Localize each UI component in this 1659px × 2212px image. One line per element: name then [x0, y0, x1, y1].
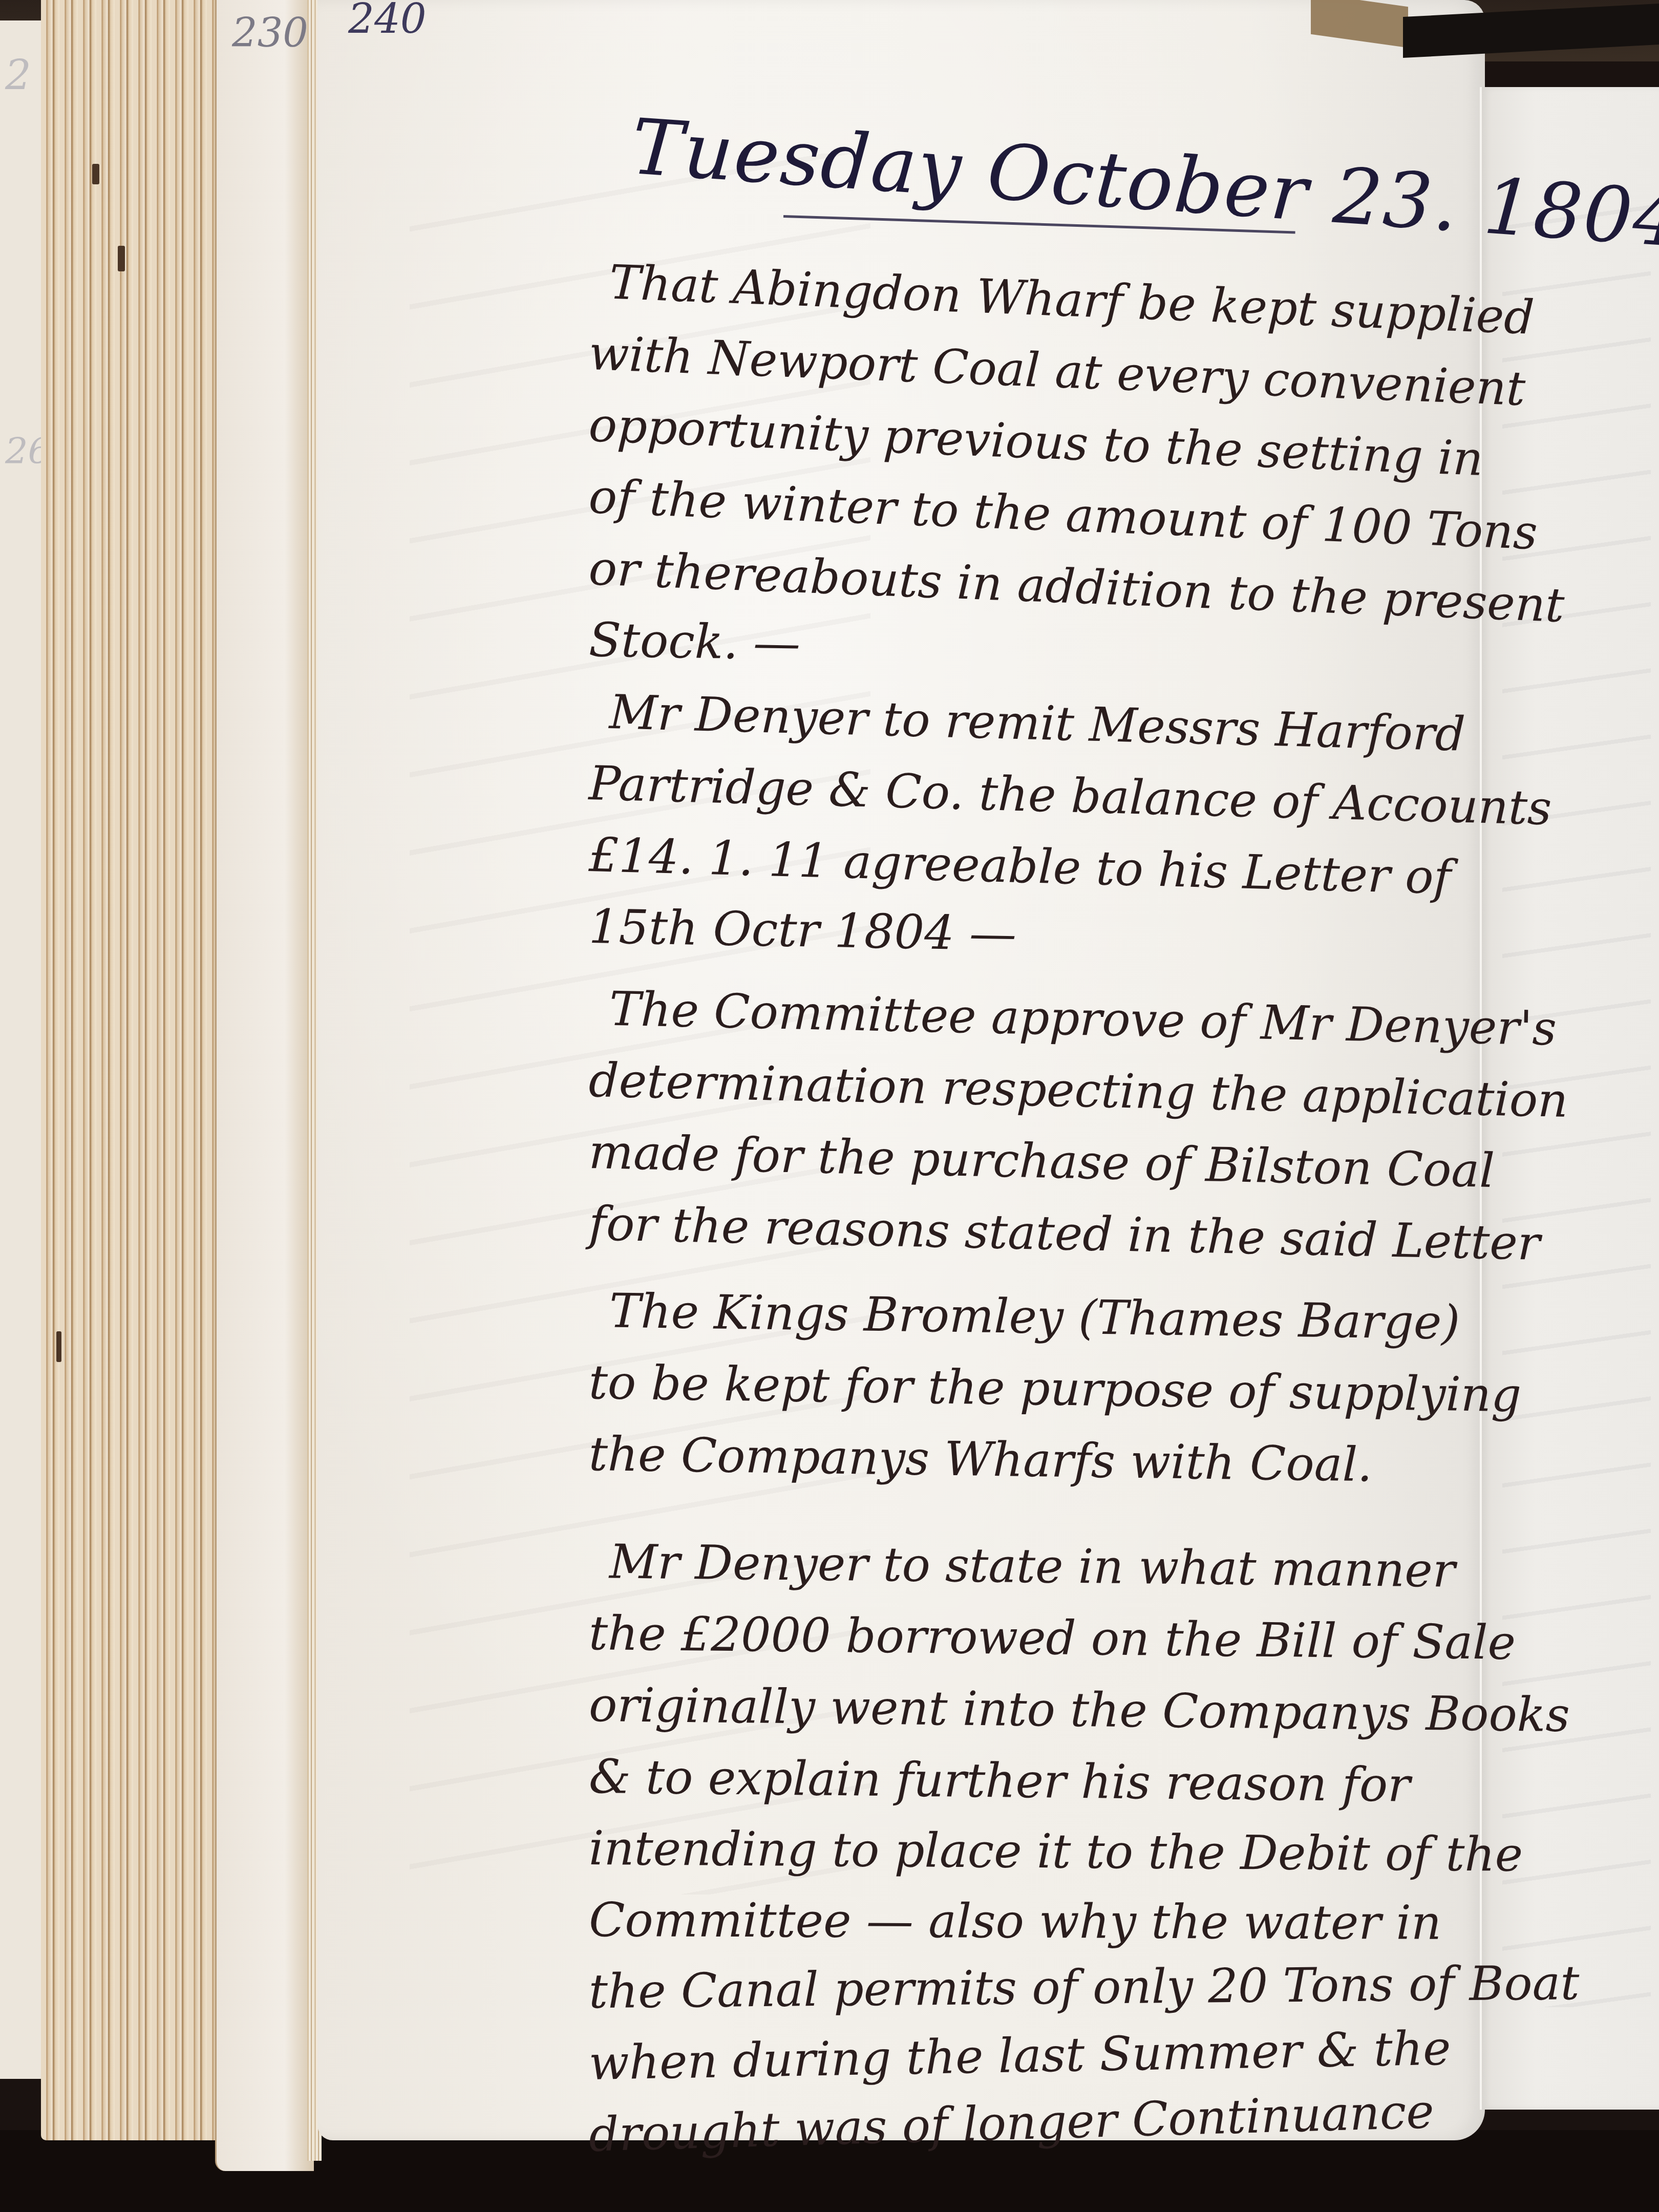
entry-line: Mr Denyer to state in what manner: [588, 1526, 1470, 1607]
previous-leaf: 230: [215, 0, 314, 2171]
entry-line: Committee — also why the water in: [589, 1884, 1470, 1959]
minute-entry: The Kings Bromley (Thames Barge) to be k…: [589, 1275, 1470, 1490]
ink-stain: [92, 164, 99, 184]
torn-binding: [1311, 0, 1659, 87]
left-leaf: 2 26: [0, 20, 47, 2079]
entry-line: 15th Octr 1804 —: [588, 891, 1470, 978]
page-edges-stack: [41, 0, 225, 2140]
entry-line: The Kings Bromley (Thames Barge): [588, 1275, 1470, 1359]
previous-leaf-page-number: 230: [232, 10, 308, 56]
minute-entry: That Abingdon Wharf be kept supplied wit…: [589, 246, 1470, 676]
entry-line: to be kept for the purpose of supplying: [588, 1347, 1470, 1431]
entry-line: originally went into the Companys Books: [588, 1669, 1470, 1750]
binding-shadow: [1403, 4, 1659, 58]
left-page-number-faint: 2: [5, 51, 31, 99]
entry-line: the Companys Wharfs with Coal.: [588, 1418, 1470, 1502]
page-number: 240: [348, 0, 427, 42]
binding-tear: [1311, 0, 1408, 48]
entry-line: intending to place it to the Debit of th…: [589, 1813, 1470, 1890]
entry-line: the £2000 borrowed on the Bill of Sale: [588, 1598, 1470, 1678]
minute-entry: Mr Denyer to remit Messrs Harford Partri…: [589, 676, 1470, 963]
ink-stain: [56, 1331, 61, 1362]
ink-stain: [118, 246, 125, 271]
minute-entry: Mr Denyer to state in what manner the £2…: [589, 1526, 1470, 2171]
entry-line: & to explain further his reason for: [588, 1741, 1470, 1822]
minute-entry: The Committee approve of Mr Denyer's det…: [589, 973, 1470, 1260]
